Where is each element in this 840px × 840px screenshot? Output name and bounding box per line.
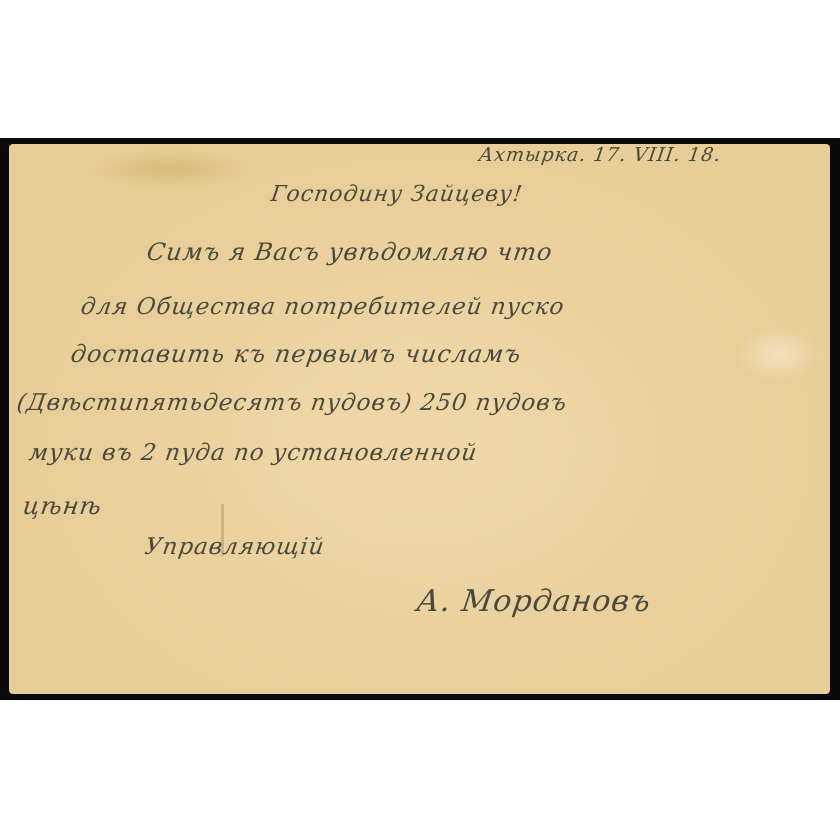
postcard: Ахтырка. 17. VIII. 18. Господину Зайцеву…: [9, 144, 830, 694]
body-line: цѣнѣ: [21, 492, 104, 520]
place-date: Ахтырка. 17. VIII. 18.: [477, 144, 722, 166]
salutation: Господину Зайцеву!: [269, 182, 524, 207]
body-line: доставить къ первымъ числамъ: [69, 340, 523, 368]
signature: А. Мордановъ: [415, 584, 654, 619]
body-line: муки въ 2 пуда по установленной: [27, 440, 479, 466]
body-line: для Общества потребителей пуско: [79, 294, 566, 320]
closing-title: Управляющій: [143, 534, 326, 560]
body-line: Симъ я Васъ увѣдомляю что: [145, 238, 555, 266]
body-line: (Двѣстипятьдесятъ пудовъ) 250 пудовъ: [15, 390, 569, 416]
